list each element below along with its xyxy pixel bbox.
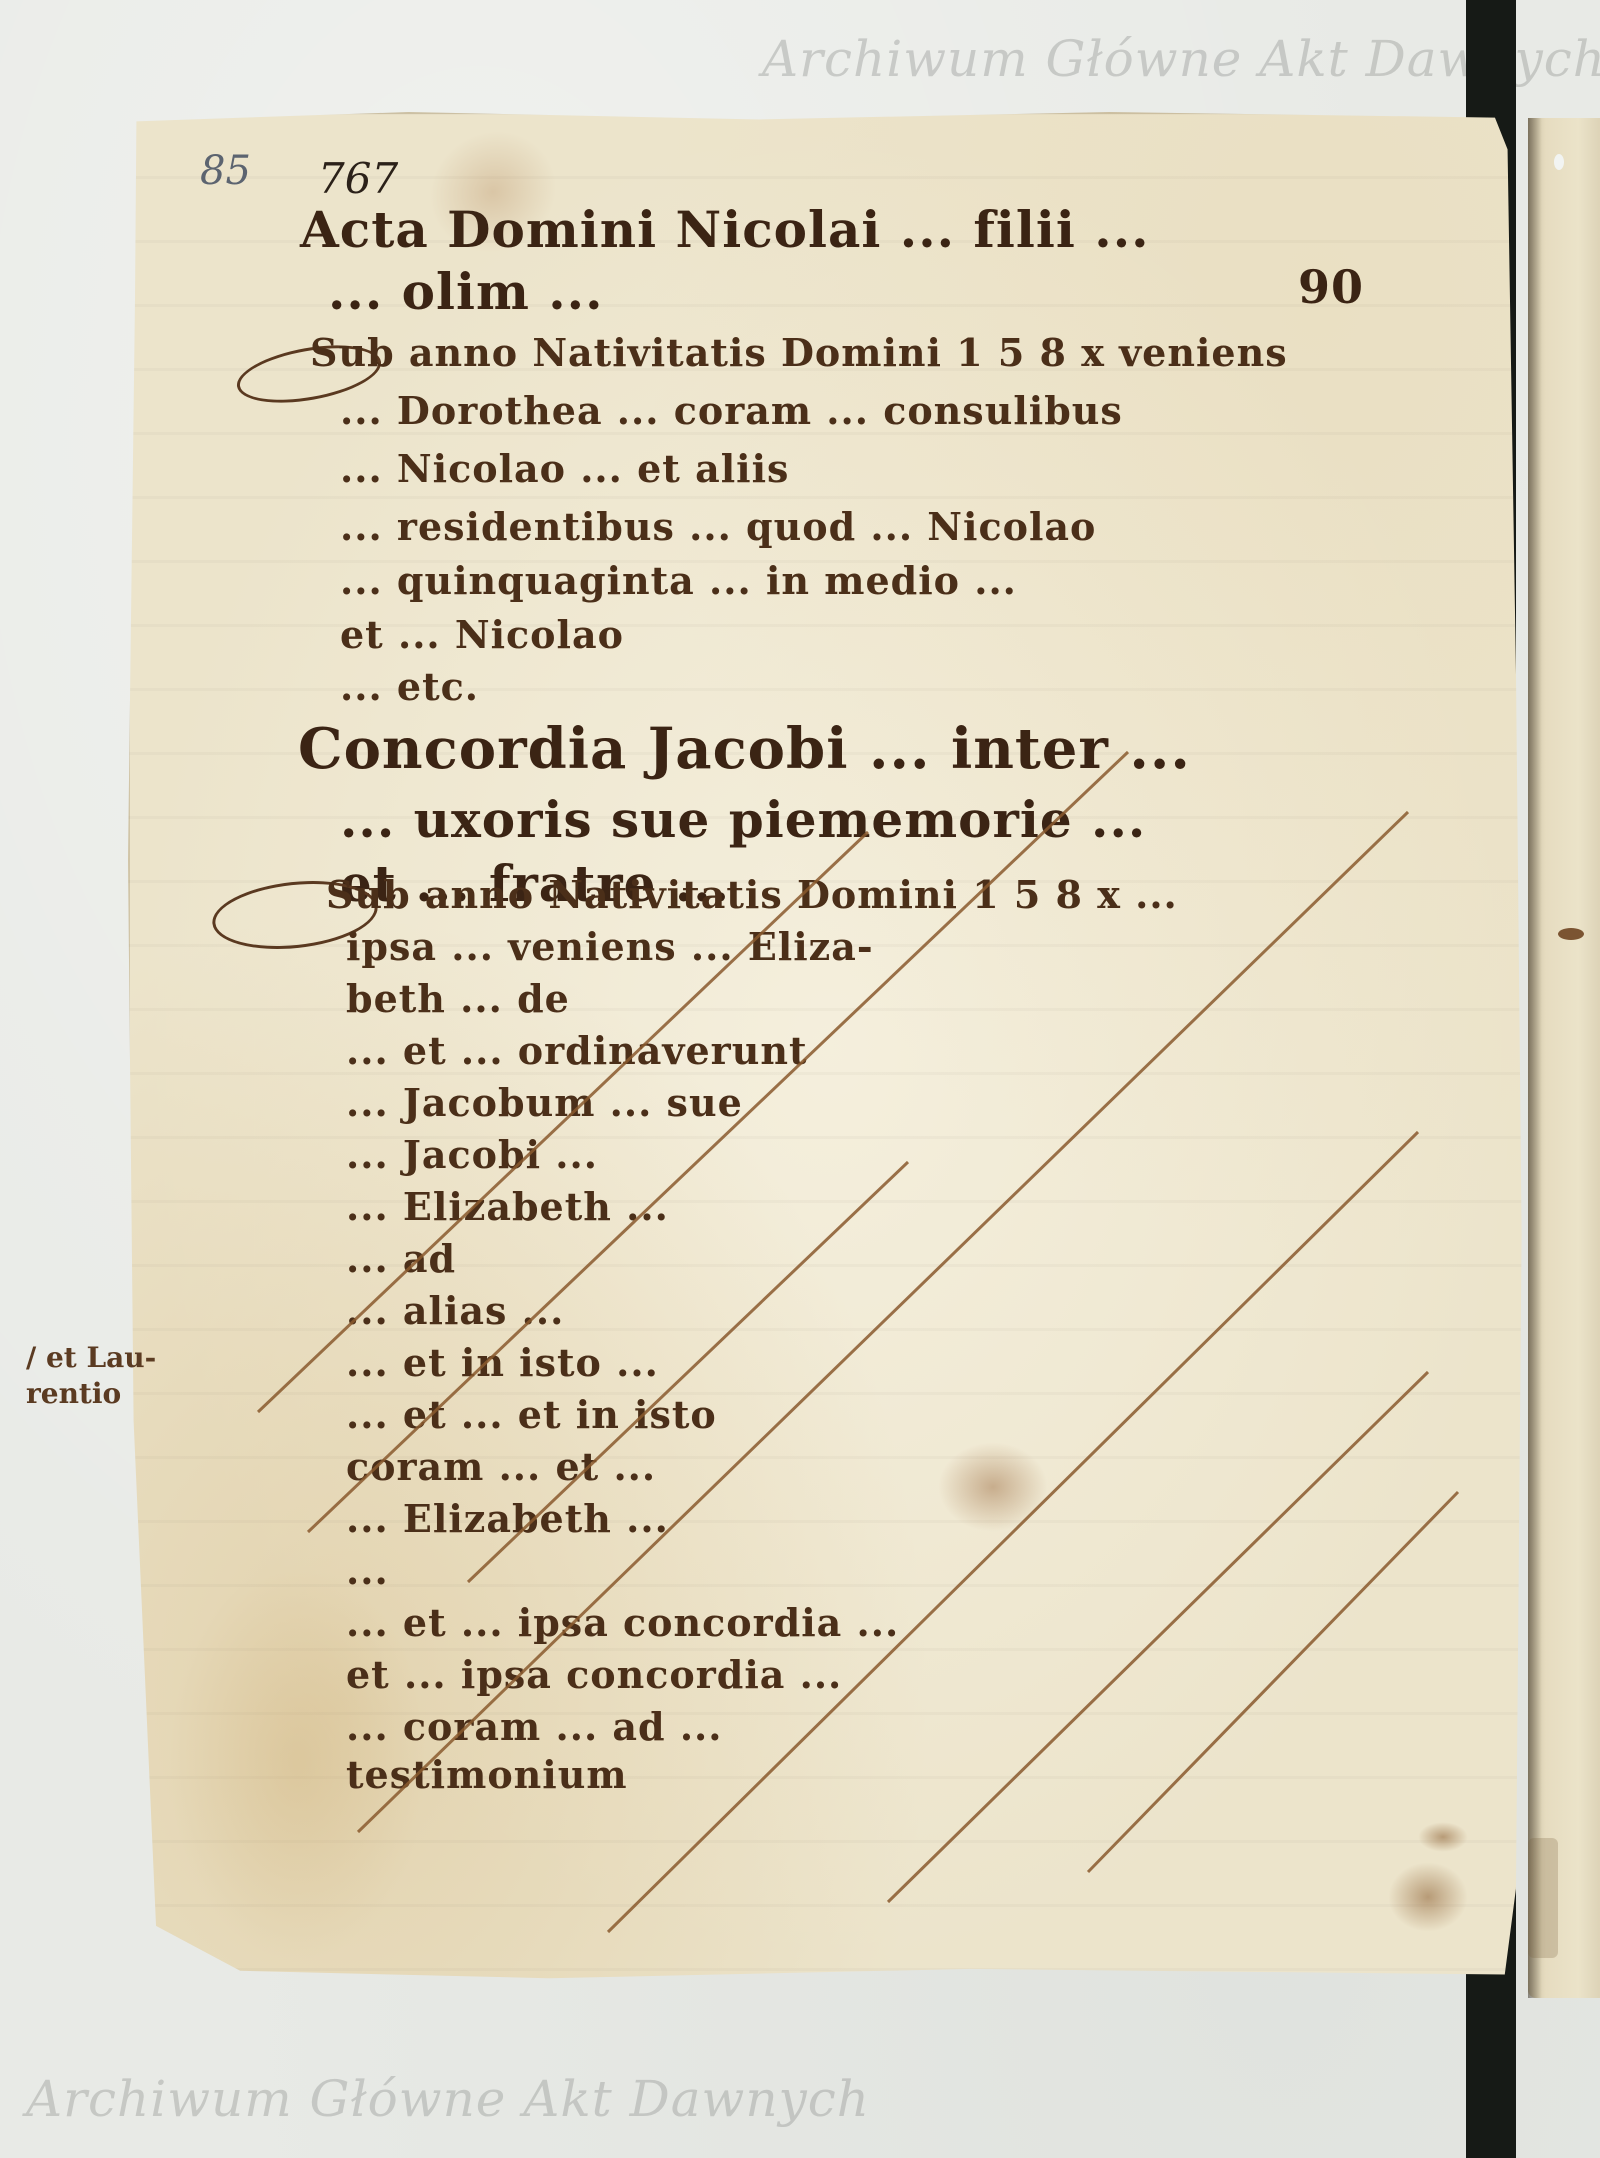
entry1-body-line: ... quinquaginta ... in medio ... [340,558,1017,603]
ink-spot [1558,928,1584,940]
entry2-body-line: et ... ipsa concordia ... [346,1652,842,1697]
entry1-body-line: Sub anno Nativitatis Domini 1 5 8 x veni… [310,330,1288,375]
entry2-body-line: coram ... et ... [346,1444,656,1489]
entry2-body-line: ... [346,1548,389,1593]
margin-note-line2: rentio [26,1376,196,1412]
stain [1418,1822,1468,1852]
entry2-body-line: testimonium [346,1752,628,1797]
entry2-body-line: Sub anno Nativitatis Domini 1 5 8 x ... [326,872,1178,917]
stain [1388,1862,1468,1932]
entry2-body-line: ... et ... ipsa concordia ... [346,1600,899,1645]
folio-number-pencil: 85 [200,148,251,194]
folio-number-ink: 767 [318,154,398,203]
entry2-body-line: ... Jacobi ... [346,1132,598,1177]
paper-hole [1554,154,1564,170]
entry1-marginal-numeral: 90 [1298,260,1364,314]
margin-note: / et Lau- rentio [26,1340,196,1412]
entry2-body-line: ... ad [346,1236,456,1281]
entry2-body-line: beth ... de [346,976,570,1021]
margin-note-line1: / et Lau- [26,1340,196,1376]
entry2-body-line: ... et ... et in isto [346,1392,717,1437]
manuscript-folio: 85 767 Acta Domini Nicolai ... filii ...… [128,112,1530,1982]
entry2-body-line: ... et in isto ... [346,1340,659,1385]
entry2-body-line: ... Elizabeth ... [346,1184,669,1229]
entry1-body-line: ... residentibus ... quod ... Nicolao [340,504,1096,549]
entry2-heading-line1: Concordia Jacobi ... inter ... [298,716,1191,782]
facing-page-edge [1528,118,1600,1998]
entry1-body-line: et ... Nicolao [340,612,624,657]
entry1-heading-line1: Acta Domini Nicolai ... filii ... [300,200,1150,259]
entry2-body-line: ... coram ... ad ... [346,1704,723,1749]
entry2-body-line: ... et ... ordinaverunt [346,1028,808,1073]
entry1-body-line: ... Dorothea ... coram ... consulibus [340,388,1123,433]
archive-watermark-bottom: Archiwum Główne Akt Dawnych [26,2070,870,2128]
entry1-body-line: ... Nicolao ... et aliis [340,446,789,491]
entry2-body-line: ... Jacobum ... sue [346,1080,743,1125]
entry1-body-line: ... etc. [340,664,479,709]
entry2-body-line: ipsa ... veniens ... Eliza- [346,924,874,969]
entry2-body-line: ... Elizabeth ... [346,1496,669,1541]
entry2-body-line: ... alias ... [346,1288,564,1333]
stain [938,1442,1048,1532]
entry2-heading-line2: ... uxoris sue piememorie ... [340,790,1146,849]
paper-stain [1528,1838,1558,1958]
gutter-shadow [1528,118,1542,1998]
entry1-heading-line2: ... olim ... [328,262,604,321]
